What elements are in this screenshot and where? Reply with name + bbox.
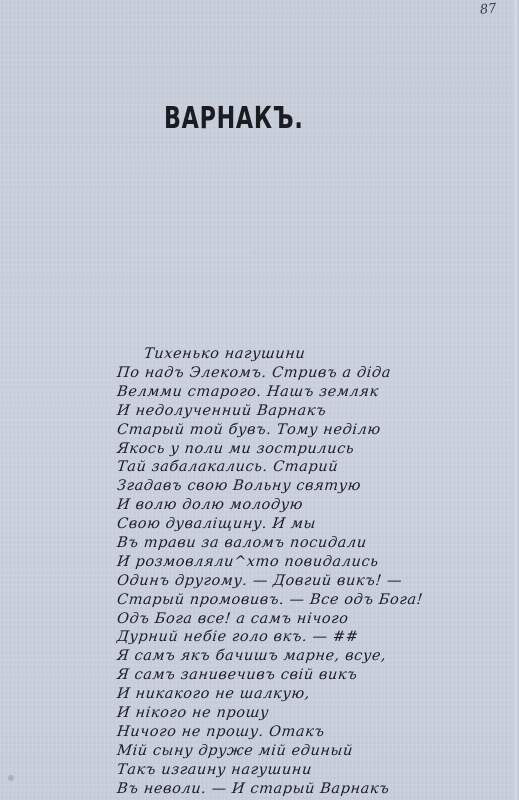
poem-line: И нікого не прошу xyxy=(116,704,508,723)
poem-line: И розмовляли^хто повидались xyxy=(116,553,508,572)
poem-line: Такъ изгаину нагушини xyxy=(116,761,508,780)
poem-line: Свою дуваліщину. И мы xyxy=(116,515,508,534)
poem-line: Дурний небіе голо вкъ. — ## xyxy=(116,628,508,647)
poem-line: Старый промовивъ. — Все одъ Бога! xyxy=(116,591,508,610)
poem-line: Старый той бувъ. Тому неділю xyxy=(116,421,508,440)
poem-line: Згадавъ свою Вольну святую xyxy=(116,477,508,496)
poem-line: И недолученний Варнакъ xyxy=(116,402,508,421)
poem-line: Въ неволи. — И старый Варнакъ xyxy=(116,780,508,799)
poem-line: Якось у поли ми зострились xyxy=(116,440,508,459)
poem-line: Тихенько нагушини xyxy=(116,345,508,364)
poem-line: По надъ Элекомъ. Стривъ а діда xyxy=(116,364,508,383)
poem-line: Велмми старого. Нашъ земляк xyxy=(116,383,508,402)
poem-line: Я самъ якъ бачишъ марне, всуе, xyxy=(116,647,508,666)
ink-blot xyxy=(8,775,14,781)
poem-body: Тихенько нагушини По надъ Элекомъ. Стрив… xyxy=(117,345,507,798)
poem-line: Ничого не прошу. Отакъ xyxy=(116,723,508,742)
poem-line: Въ трави за валомъ посидали xyxy=(116,534,508,553)
poem-line: Тай забалакались. Старий xyxy=(116,458,508,477)
poem-title: ВАРНАКЪ. xyxy=(164,104,303,134)
poem-line: Одинъ другому. — Довгий викъ! — xyxy=(116,572,508,591)
poem-line: Мій сыну друже мій единый xyxy=(116,742,508,761)
poem-line: И волю долю молодую xyxy=(116,496,508,515)
page-number: 87 xyxy=(479,1,497,18)
manuscript-page: 87 ВАРНАКЪ. Тихенько нагушини По надъ Эл… xyxy=(0,0,519,800)
poem-line: Я самъ занивечивъ свій викъ xyxy=(116,666,508,685)
poem-line: И никакого не шалкую, xyxy=(116,685,508,704)
page-edge xyxy=(513,0,519,800)
poem-line: Одъ Бога все! а самъ нічого xyxy=(116,610,508,629)
